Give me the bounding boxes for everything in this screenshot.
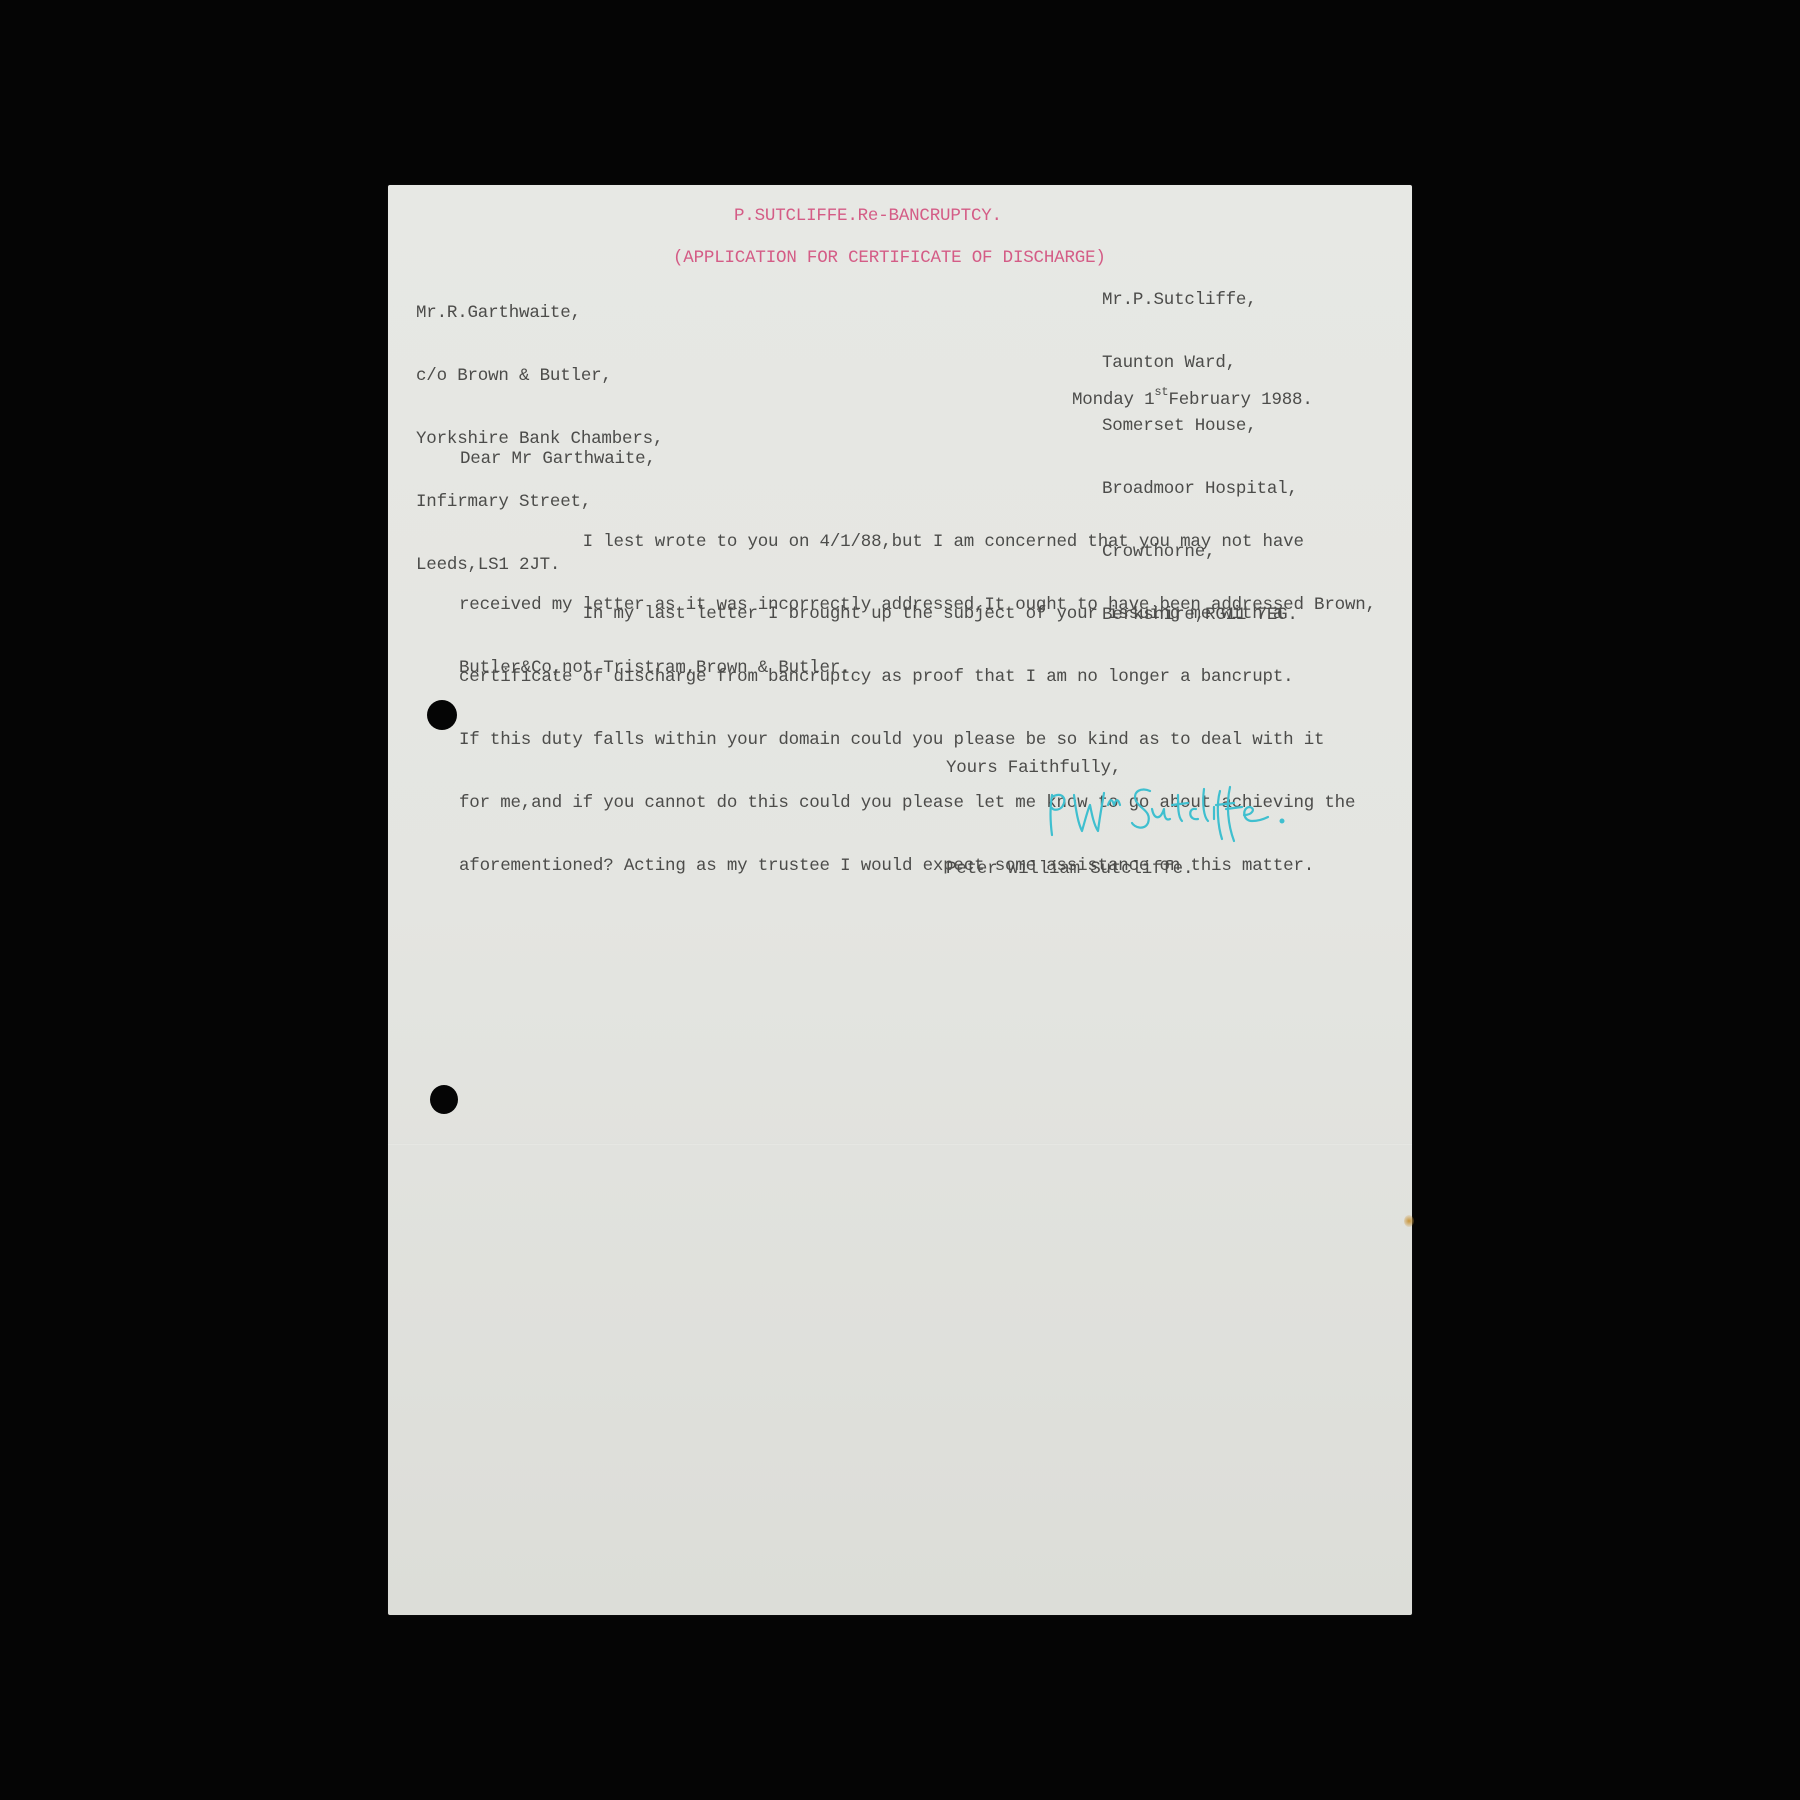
sender-line: Mr.P.Sutcliffe, — [1102, 290, 1298, 311]
printed-name: Peter William Sutcliffe. — [946, 859, 1193, 880]
salutation: Dear Mr Garthwaite, — [460, 449, 656, 470]
punch-hole — [427, 700, 457, 730]
paragraph-line: In my last letter I brought up the subje… — [459, 604, 1355, 625]
punch-hole — [430, 1085, 458, 1114]
recipient-line: Mr.R.Garthwaite, — [416, 303, 663, 324]
sender-line: Taunton Ward, — [1102, 353, 1298, 374]
paper-stain — [1404, 1215, 1414, 1227]
paragraph-2: In my last letter I brought up the subje… — [459, 562, 1355, 919]
letter-heading: P.SUTCLIFFE.Re-BANCRUPTCY. — [734, 206, 1002, 227]
sender-line: Somerset House, — [1102, 416, 1298, 437]
recipient-line: Yorkshire Bank Chambers, — [416, 429, 663, 450]
handwritten-signature: P Wm Sutcliffe. — [1038, 765, 1318, 855]
date-day: Monday 1 — [1072, 390, 1154, 410]
paragraph-line: If this duty falls within your domain co… — [459, 730, 1355, 751]
letter-page: P.SUTCLIFFE.Re-BANCRUPTCY. (APPLICATION … — [388, 185, 1412, 1615]
recipient-line: c/o Brown & Butler, — [416, 366, 663, 387]
paragraph-line: certificate of discharge from bancruptcy… — [459, 667, 1355, 688]
paragraph-line: aforementioned? Acting as my trustee I w… — [459, 856, 1355, 877]
paragraph-line: I lest wrote to you on 4/1/88,but I am c… — [459, 532, 1376, 553]
letter-date: Monday 1stFebruary 1988. — [1072, 390, 1313, 411]
date-month-year: February 1988. — [1168, 390, 1312, 410]
paper-fold-line — [388, 1143, 1412, 1145]
date-suffix: st — [1154, 385, 1168, 399]
letter-subheading: (APPLICATION FOR CERTIFICATE OF DISCHARG… — [673, 248, 1106, 269]
